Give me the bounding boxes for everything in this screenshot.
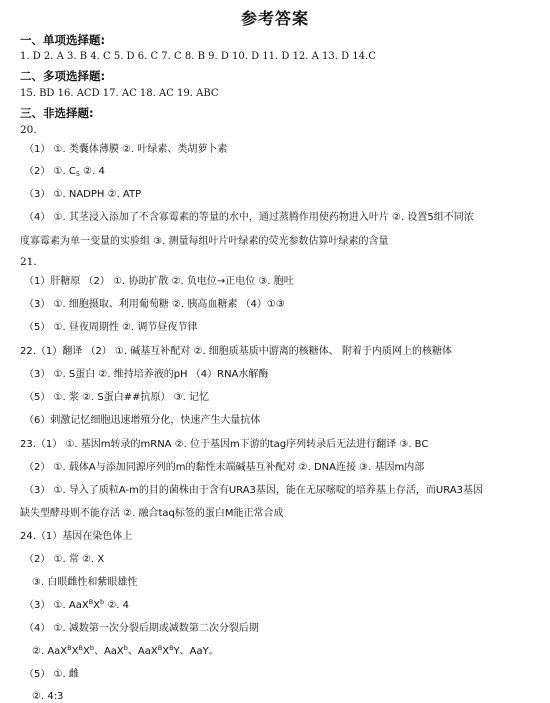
q22-part6: （6）刺激记忆细胞迅速增殖分化，快速产生大量抗体 — [24, 414, 260, 428]
q20-part1: （1） ①. 类囊体薄膜 ②. 叶绿素、类胡萝卜素 — [24, 143, 227, 157]
q21-part5: （5） ①. 昼夜周期性 ②. 调节昼夜节律 — [24, 321, 197, 335]
q20-part2-b: ②. 4 — [80, 166, 105, 177]
q22-part5: （5） ①. 浆 ②. S蛋白##抗原） ③. 记忆 — [24, 391, 209, 405]
section-heading-single-choice: 一、单项选择题: — [20, 33, 105, 47]
q23-part2: （2） ①. 载体A与添加同源序列的m的黏性末端碱基互补配对 ②. DNA连接 … — [24, 461, 424, 475]
section-heading-multi-choice: 二、多项选择题: — [20, 69, 105, 83]
f: 、AaX — [128, 646, 158, 657]
multi-choice-answers: 15. BD 16. ACD 17. AC 18. AC 19. ABC — [20, 87, 219, 101]
q20-part4: （4） ①. 其茎浸入添加了不含寡霉素的等量的水中，通过蒸腾作用使药物进入叶片 … — [24, 211, 474, 225]
f: Y、AaY。 — [174, 646, 219, 657]
f: ②. AaX — [32, 646, 67, 657]
q20-part2-a: （2） ①. C — [24, 166, 76, 177]
q23-part1: 23.（1） ①. 基因m转录的mRNA ②. 位于基因m下游的tag序列转录后… — [20, 438, 428, 452]
x: X — [83, 646, 90, 657]
q24-3-prefix: （3） ①. AaX — [24, 600, 89, 611]
q24-part2: （2） ①. 常 ②. X — [24, 553, 104, 567]
q23-part3-cont: 缺失型酵母则不能存活 ②. 融合taq标签的蛋白M能正常合成 — [20, 507, 284, 521]
question-20-label: 20. — [20, 123, 37, 137]
q20-part3: （3） ①. NADPH ②. ATP — [24, 188, 141, 202]
q22-part1: 22.（1）翻译 （2） ①. 碱基互补配对 ②. 细胞质基质中游离的核糖体、 … — [20, 345, 452, 359]
q24-part5-2: ②. 4:3 — [32, 690, 63, 703]
q24-part2-3: ③. 白眼雌性和紫眼雄性 — [32, 576, 137, 590]
q20-part2: （2） ①. C5 ②. 4 — [24, 165, 105, 179]
q22-part3: （3） ①. S蛋白 ②. 维持培养液的pH （4）RNA水解酶 — [24, 368, 268, 382]
q24-part1: 24.（1）基因在染色体上 — [20, 530, 132, 544]
q24-part3: （3） ①. AaXBXb ②. 4 — [24, 599, 129, 613]
q23-part3: （3） ①. 导入了质粒A-m的目的菌株由于含有URA3基因，能在无尿嘧啶的培养… — [24, 484, 483, 498]
q24-part5: （5） ①. 雌 — [24, 668, 79, 682]
page-title: 参考答案 — [0, 6, 550, 29]
section-heading-non-choice: 三、非选择题: — [20, 106, 94, 120]
f: 、AaX — [94, 646, 124, 657]
q24-part4-2: ②. AaXBXBXb、AaXb、AaXBXBY、AaY。 — [32, 645, 219, 659]
single-choice-answers: 1. D 2. A 3. B 4. C 5. D 6. C 7. C 8. B … — [20, 50, 376, 64]
x: X — [93, 600, 100, 611]
q21-part3: （3） ①. 细胞摄取、利用葡萄糖 ②. 胰高血糖素 （4）①③ — [24, 298, 285, 312]
question-21-label: 21. — [20, 255, 37, 269]
q24-3-suffix: ②. 4 — [104, 600, 129, 611]
q21-part1: （1）肝糖原 （2） ①. 协助扩散 ②. 负电位→正电位 ③. 胞吐 — [24, 275, 294, 289]
q20-part4-cont: 度寡霉素为单一变量的实验组 ③. 测量每组叶片叶绿素的荧光参数估算叶绿素的含量 — [20, 235, 389, 249]
q24-part4: （4） ①. 减数第一次分裂后期或减数第二次分裂后期 — [24, 622, 259, 636]
